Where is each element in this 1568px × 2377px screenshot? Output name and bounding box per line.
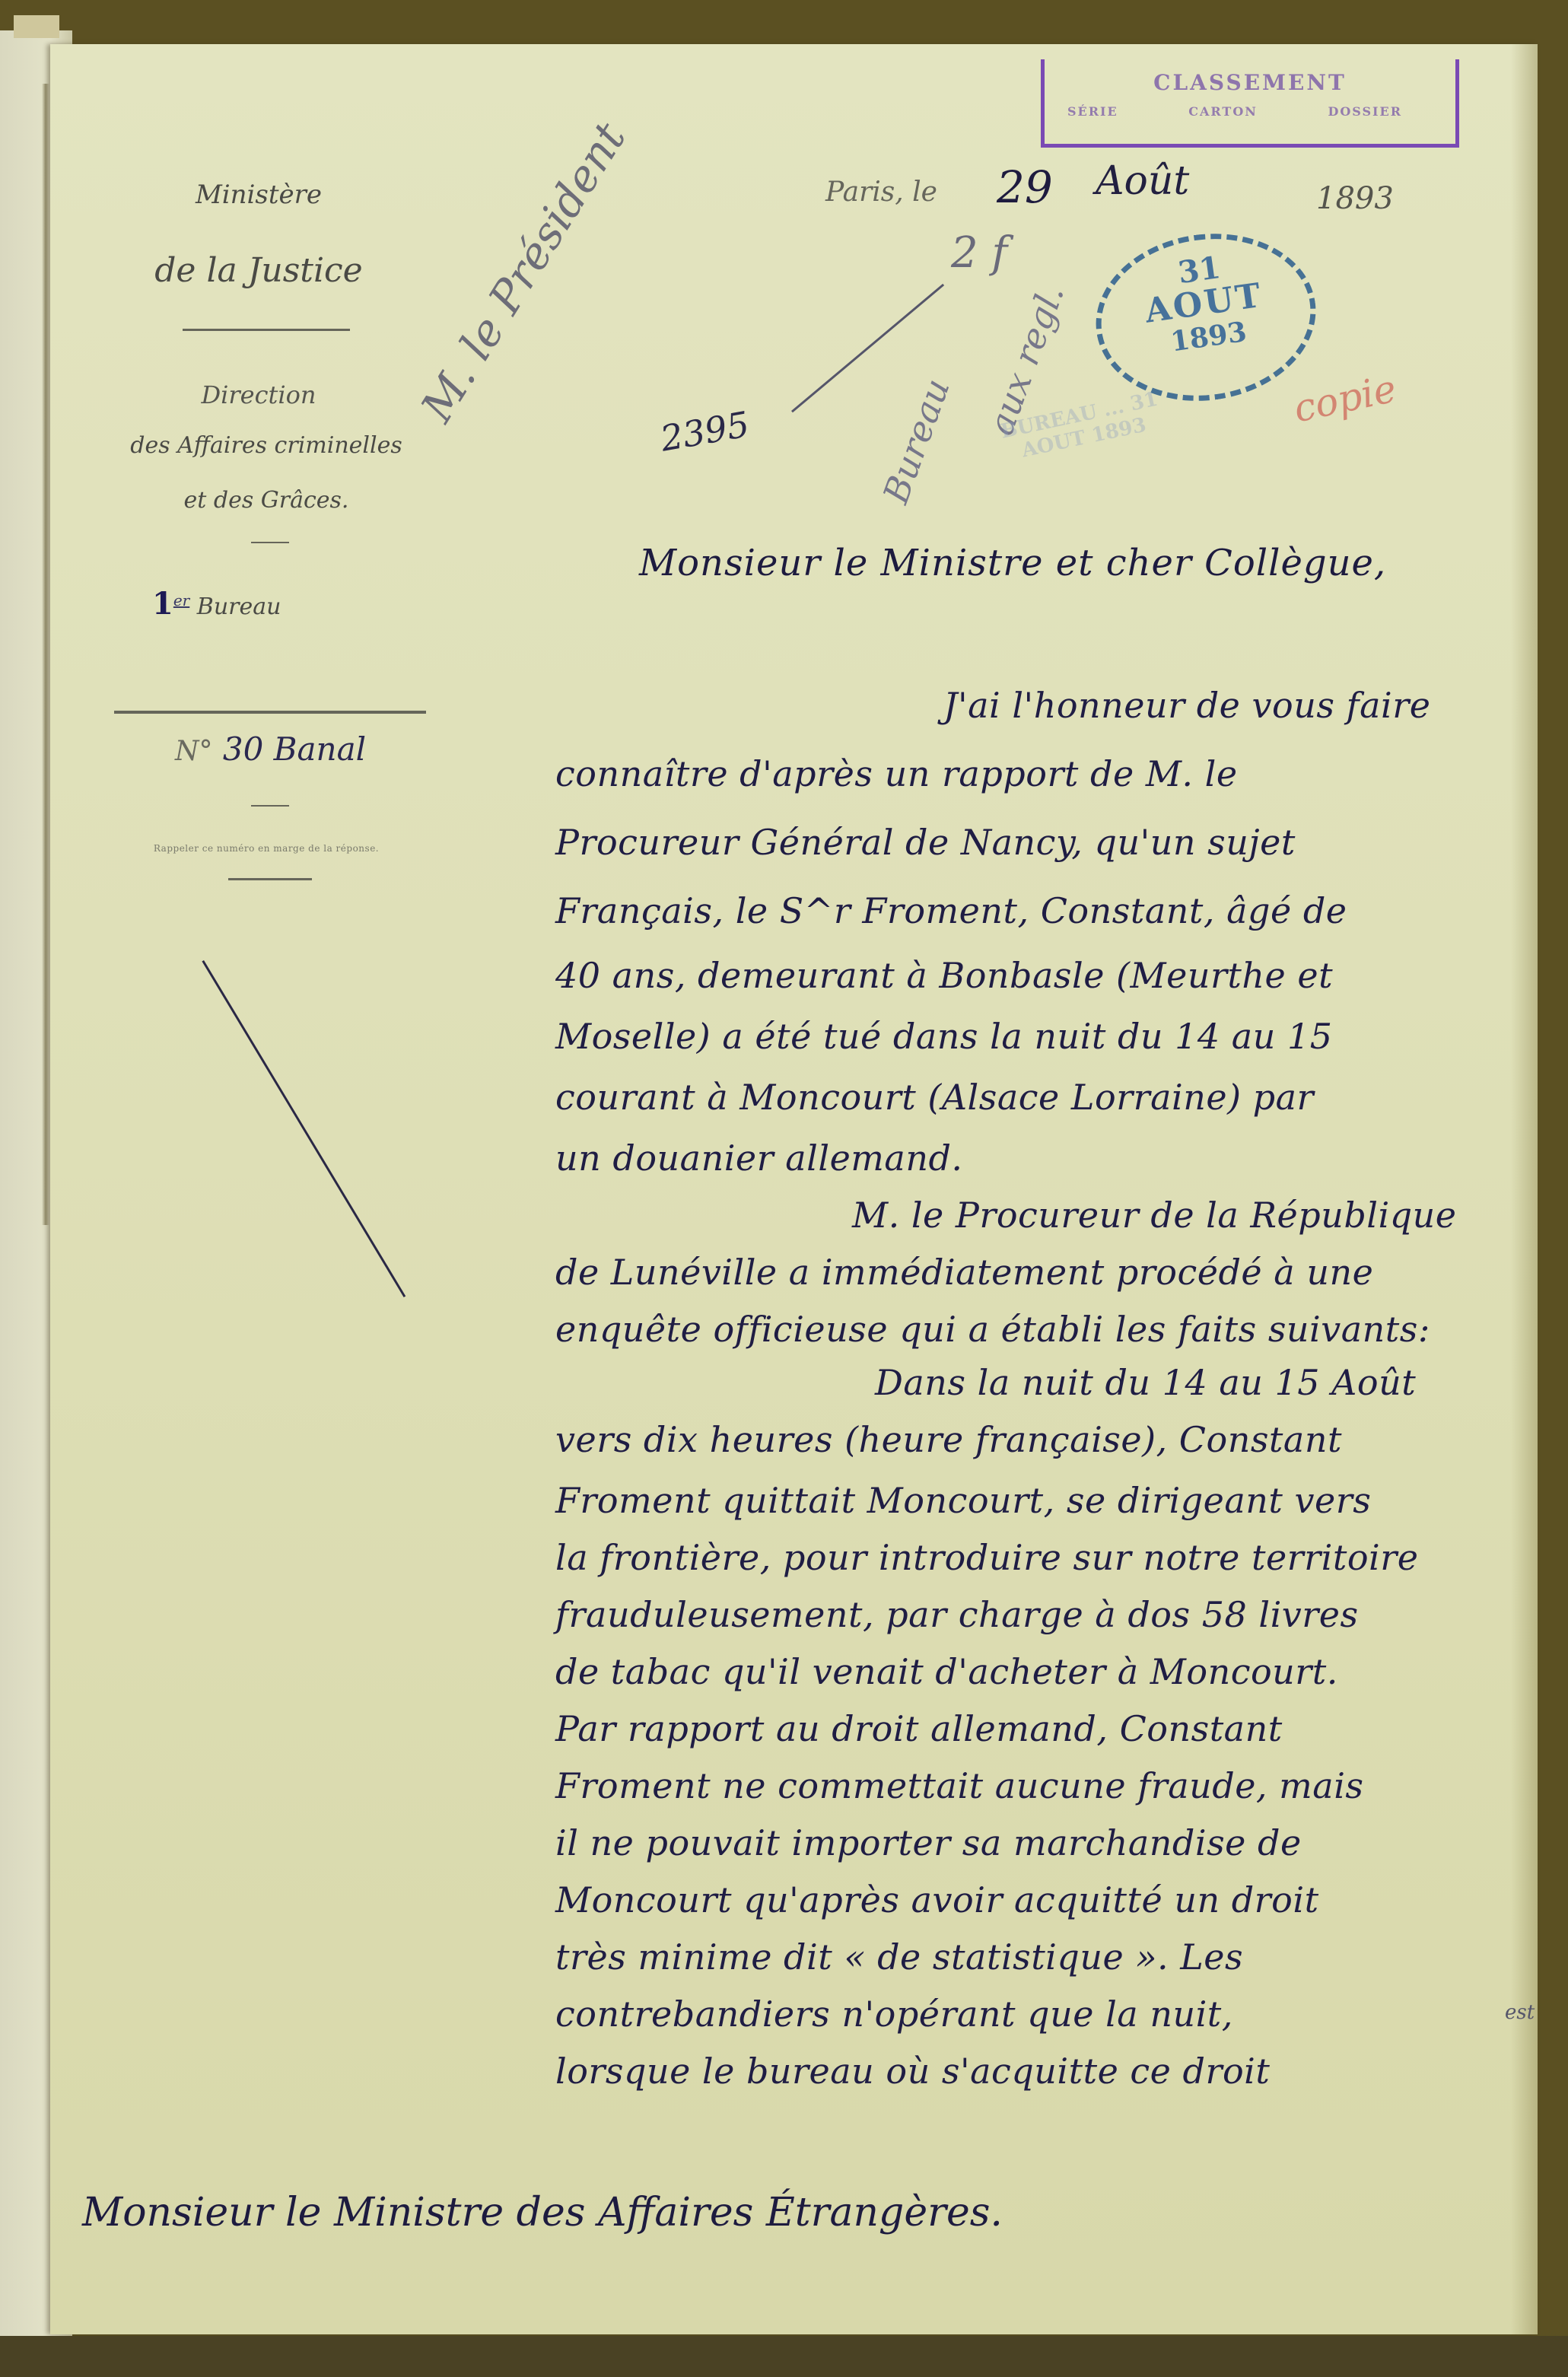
stamp-title: CLASSEMENT — [1045, 70, 1455, 95]
letterhead-direction: Direction — [183, 380, 335, 409]
date-year: 1893 — [1316, 181, 1394, 216]
letterhead-ministry: Ministère — [183, 180, 335, 210]
body-line: J'ai l'honneur de vous faire — [943, 685, 1430, 726]
body-line: courant à Moncourt (Alsace Lorraine) par — [555, 1077, 1314, 1118]
numero-value: 30 Banal — [223, 730, 366, 768]
letterhead-graces: et des Grâces. — [152, 487, 380, 514]
bureau-suffix: er — [173, 591, 189, 609]
body-line: contrebandiers n'opérant que la nuit, — [555, 1994, 1233, 2035]
stamp-field-dossier: DOSSIER — [1328, 104, 1402, 119]
body-line: Froment ne commettait aucune fraude, mai… — [555, 1765, 1364, 1806]
letterhead-rule-small — [251, 542, 289, 543]
pencil-annotation-top: 2 f — [951, 228, 1007, 278]
date-year-prefix: 189 — [1316, 181, 1374, 216]
body-line: frauduleusement, par charge à dos 58 liv… — [555, 1594, 1359, 1635]
body-line: Procureur Général de Nancy, qu'un sujet — [555, 822, 1296, 863]
body-line: Moncourt qu'après avoir acquitté un droi… — [555, 1879, 1319, 1920]
body-line: de tabac qu'il venait d'acheter à Moncou… — [555, 1651, 1338, 1692]
fold-shadow — [42, 84, 49, 1225]
table-surface — [0, 2336, 1568, 2377]
date-month: Août — [1096, 158, 1189, 204]
body-line: 40 ans, demeurant à Bonbasle (Meurthe et — [555, 955, 1333, 996]
letterhead-rule-tiny — [251, 805, 289, 807]
salutation: Monsieur le Ministre et cher Collègue, — [639, 542, 1386, 584]
margin-catchword: est — [1505, 2001, 1535, 2024]
body-line: vers dix heures (heure française), Const… — [555, 1419, 1342, 1460]
letterhead-justice: de la Justice — [129, 251, 388, 290]
body-line: lorsque le bureau où s'acquitte ce droit — [555, 2051, 1270, 2092]
letterhead-rule-long — [114, 711, 426, 714]
body-line: M. le Procureur de la République — [852, 1195, 1457, 1236]
letterhead-affaires: des Affaires criminelles — [107, 432, 426, 459]
stamp-fields: SÉRIE CARTON DOSSIER — [1045, 104, 1455, 119]
classement-stamp: CLASSEMENT SÉRIE CARTON DOSSIER — [1041, 59, 1459, 148]
letterhead-reminder: Rappeler ce numéro en marge de la répons… — [114, 843, 418, 854]
stamp-field-serie: SÉRIE — [1067, 104, 1118, 119]
body-line: il ne pouvait importer sa marchandise de — [555, 1822, 1302, 1863]
stamp-field-carton: CARTON — [1188, 104, 1258, 119]
page-edge-shadow — [1511, 44, 1538, 2334]
date-place: Paris, le — [825, 177, 937, 208]
body-line: enquête officieuse qui a établi les fait… — [555, 1309, 1430, 1350]
bureau-number: 1 — [152, 586, 173, 622]
body-line: de Lunéville a immédiatement procédé à u… — [555, 1252, 1373, 1293]
numero-label: N° — [175, 736, 213, 767]
letterhead-rule-bottom — [228, 878, 312, 880]
body-line: Français, le S^r Froment, Constant, âgé … — [555, 890, 1347, 931]
body-line: connaître d'après un rapport de M. le — [555, 753, 1238, 794]
body-line: Dans la nuit du 14 au 15 Août — [875, 1362, 1416, 1403]
date-day: 29 — [997, 161, 1053, 213]
body-line: très minime dit « de statistique ». Les — [555, 1936, 1243, 1978]
body-line: un douanier allemand. — [555, 1138, 963, 1179]
addressee: Monsieur le Ministre des Affaires Étrang… — [82, 2190, 1003, 2235]
letterhead-numero: N° 30 Banal — [175, 730, 449, 768]
letterhead-rule — [183, 329, 350, 331]
body-line: la frontière, pour introduire sur notre … — [555, 1537, 1418, 1578]
bureau-label: Bureau — [197, 593, 281, 620]
body-line: Par rapport au droit allemand, Constant — [555, 1708, 1283, 1749]
date-year-suffix: 3 — [1374, 181, 1393, 216]
body-line: Froment quittait Moncourt, se dirigeant … — [555, 1480, 1371, 1521]
letterhead-bureau: 1er Bureau — [152, 586, 327, 622]
body-line: Moselle) a été tué dans la nuit du 14 au… — [555, 1016, 1333, 1057]
underlying-page-corner — [14, 15, 59, 38]
